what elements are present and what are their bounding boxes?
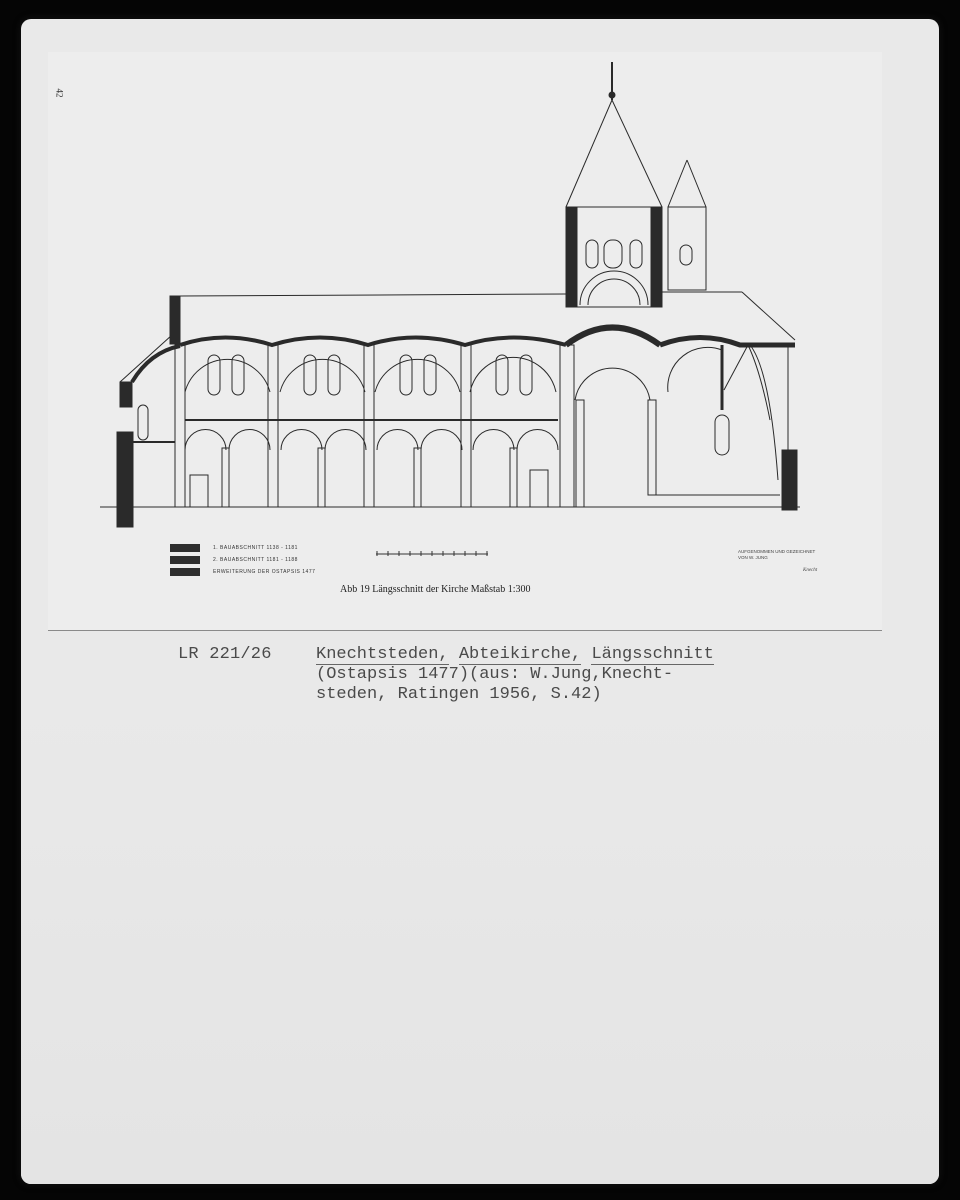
credit-line: VON W. JUNG	[738, 555, 815, 561]
legend-swatch	[170, 556, 200, 564]
phase-legend: 1. BAUABSCHNITT 1138 - 1181 2. BAUABSCHN…	[170, 542, 315, 578]
source-line-1: (Ostapsis 1477)(aus: W.Jung,Knecht-	[316, 665, 673, 685]
legend-item: 1. BAUABSCHNITT 1138 - 1181	[170, 542, 315, 553]
card-lower-area	[21, 699, 939, 1184]
legend-item: ERWEITERUNG DER OSTAPSIS 1477	[170, 566, 315, 577]
legend-label: ERWEITERUNG DER OSTAPSIS 1477	[213, 569, 315, 575]
title-building: Abteikirche,	[459, 645, 581, 665]
figure-caption: Abb 19 Längsschnitt der Kirche Maßstab 1…	[340, 584, 531, 595]
legend-label: 2. BAUABSCHNITT 1181 - 1188	[213, 557, 298, 563]
drawing-credit: AUFGENOMMEN UND GEZEICHNET VON W. JUNG	[738, 549, 815, 561]
title-place: Knechtsteden,	[316, 645, 449, 665]
title-line: Knechtsteden, Abteikirche, Längsschnitt	[316, 645, 714, 665]
signature: Knecht	[803, 568, 817, 573]
title-view: Längsschnitt	[591, 645, 713, 665]
source-line-2: steden, Ratingen 1956, S.42)	[316, 685, 602, 705]
church-longitudinal-section-drawing	[0, 0, 960, 640]
legend-swatch	[170, 544, 200, 552]
reference-number: LR 221/26	[178, 645, 272, 665]
legend-item: 2. BAUABSCHNITT 1181 - 1188	[170, 554, 315, 565]
legend-swatch	[170, 568, 200, 576]
legend-label: 1. BAUABSCHNITT 1138 - 1181	[213, 545, 298, 551]
scale-bar	[376, 546, 488, 558]
